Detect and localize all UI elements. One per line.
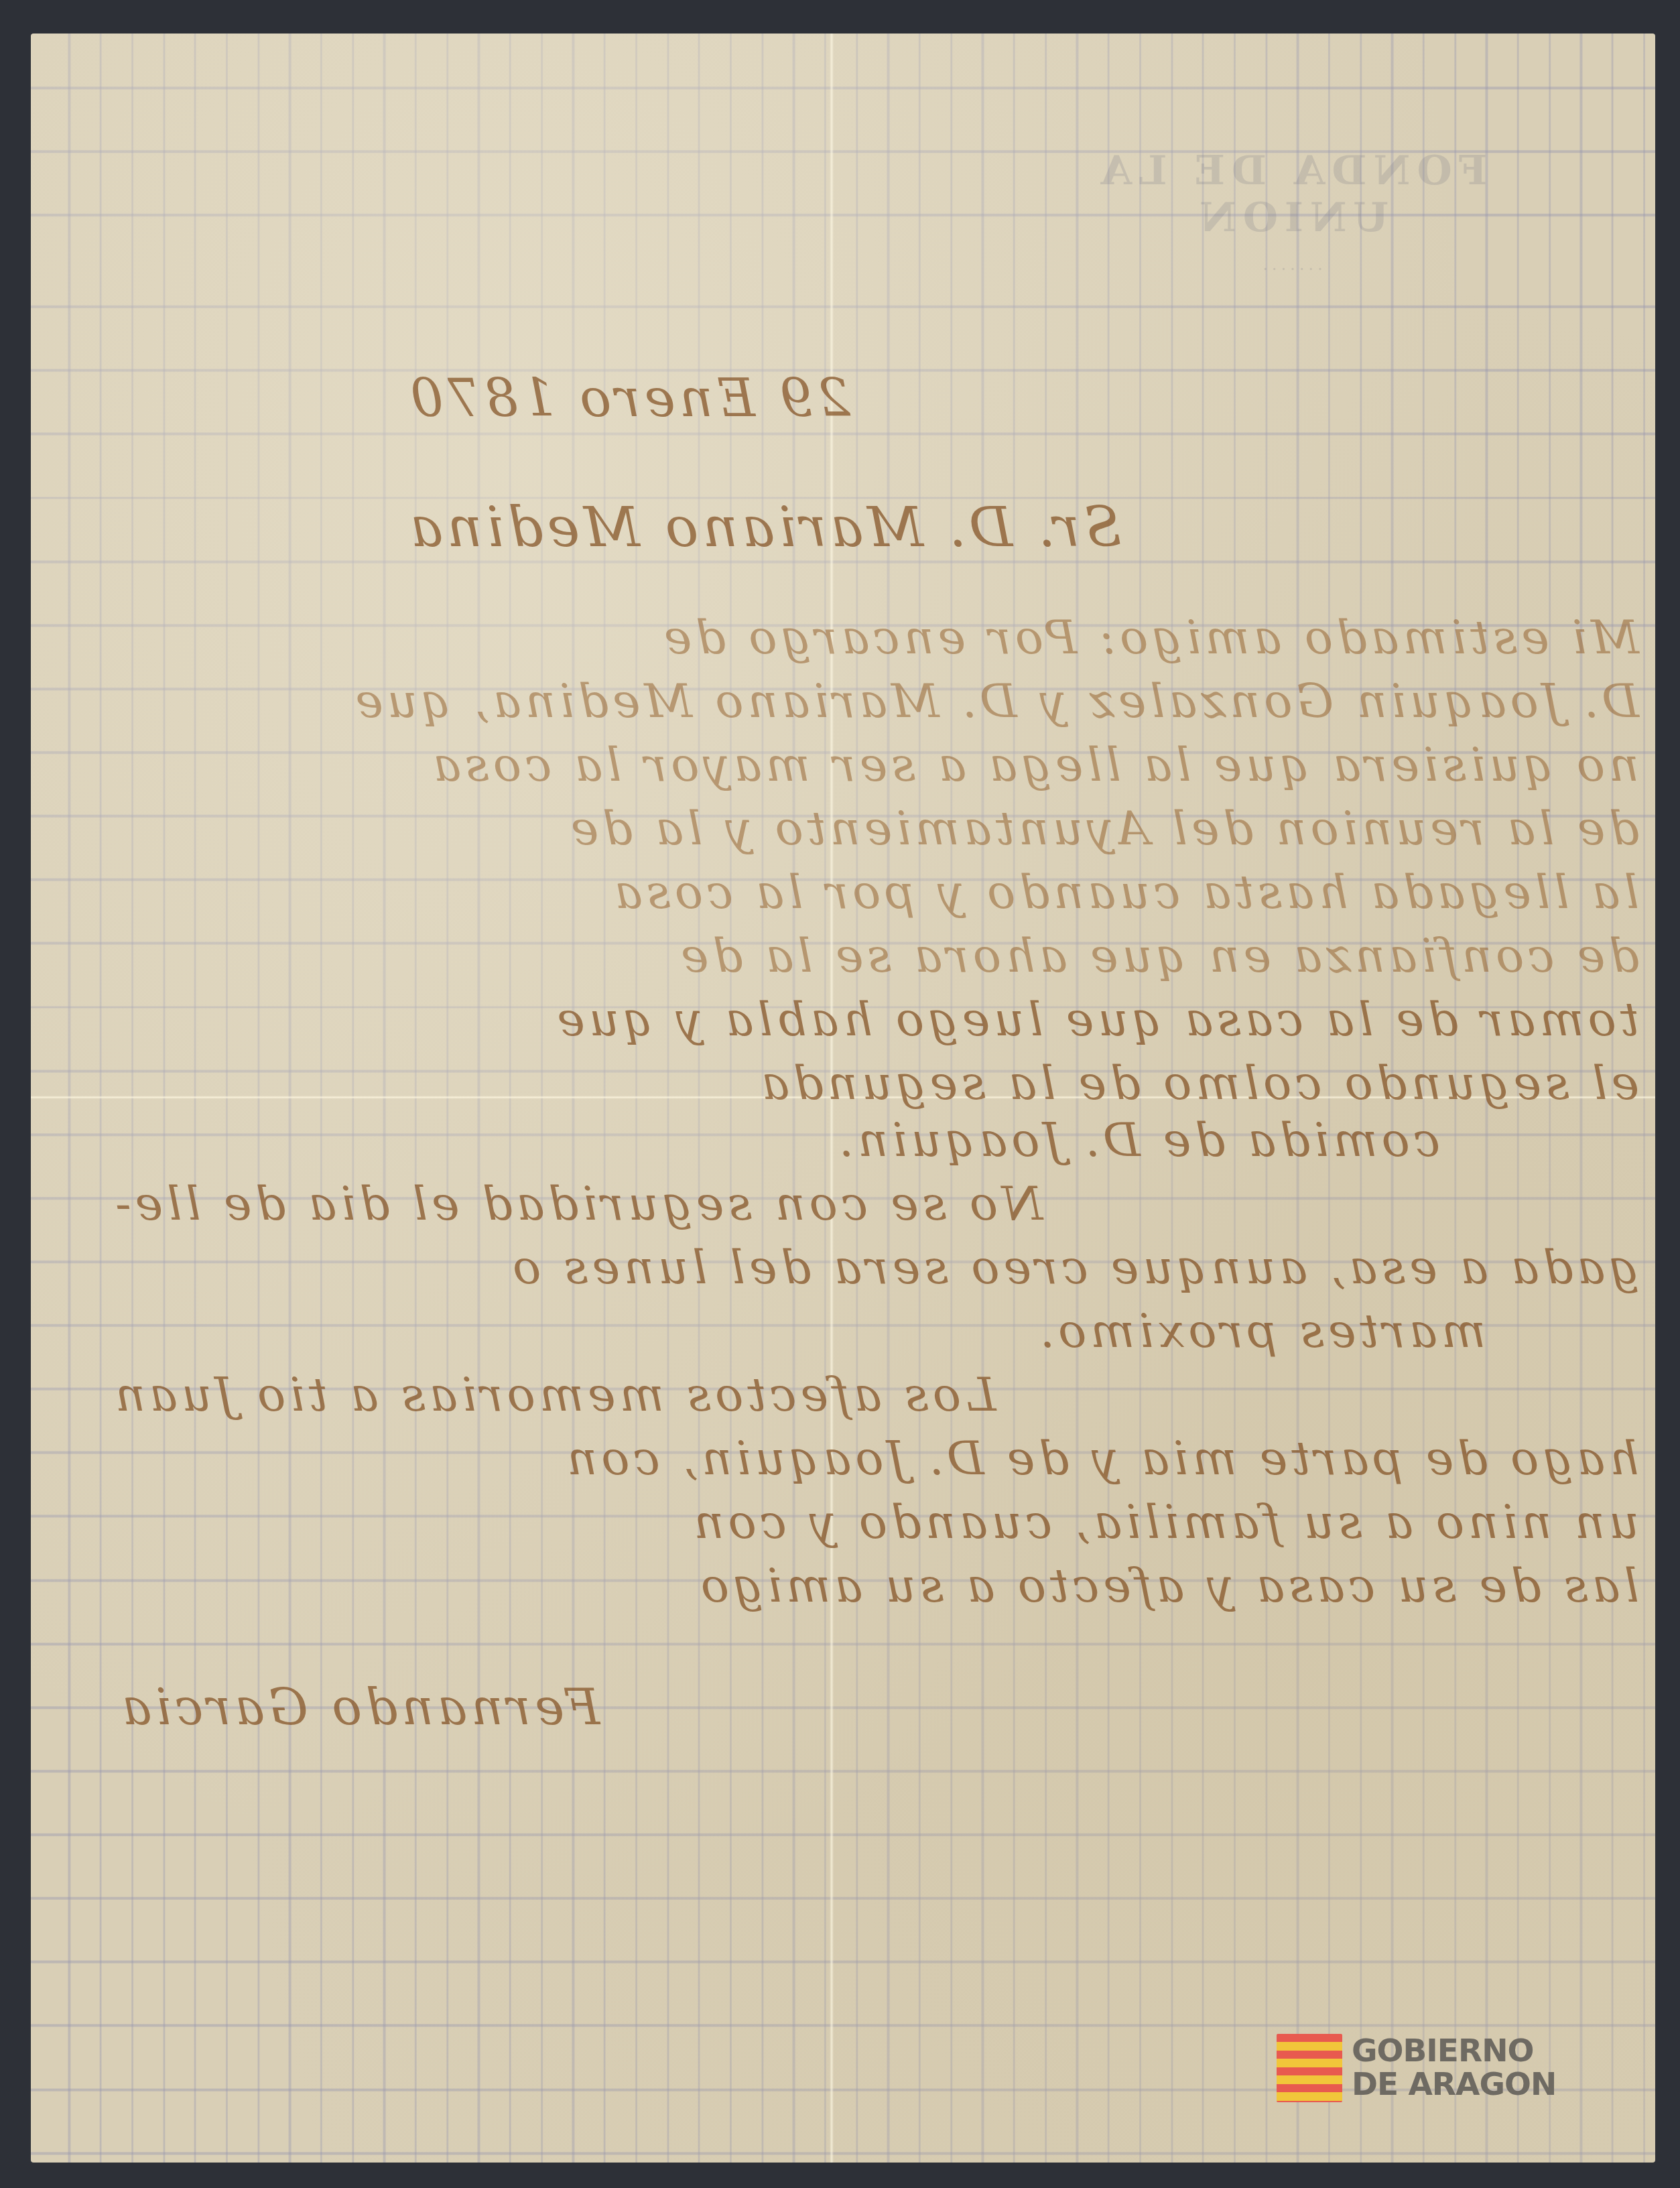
gobierno-de-aragon-watermark: GOBIERNO DE ARAGON — [1277, 2034, 1556, 2102]
letterhead-subtitle: ······· — [1036, 260, 1545, 279]
aragon-flag-icon — [1277, 2034, 1342, 2102]
letterhead-title: FONDA DE LA UNION — [1036, 147, 1545, 241]
body-line: hago de parte mia y de D. Joaquin, con — [78, 1431, 1639, 1486]
body-line: No se con seguridad el dia de lle- — [111, 1176, 1043, 1231]
body-line: tomar de la casa que luego habla y que — [78, 992, 1639, 1047]
body-line: las de su casa y afecto a su amigo — [78, 1558, 1639, 1613]
body-line: no quisiera que la llega a ser mayor la … — [78, 737, 1639, 792]
date-line: 29 Enero 1870 — [406, 369, 850, 429]
salutation: Sr. D. Mariano Medina — [406, 496, 1122, 560]
body-line: comida de D. Joaquin. — [835, 1112, 1440, 1167]
letterhead-bleedthrough: FONDA DE LA UNION ······· — [1036, 147, 1545, 279]
body-line: D. Joaquin Gonzalez y D. Mariano Medina,… — [78, 673, 1639, 728]
letter-page: FONDA DE LA UNION ······· 29 Enero 1870 … — [31, 34, 1655, 2163]
body-line: Los afectos memorias a tio Juan — [111, 1367, 996, 1422]
body-line: gada a esa, aunque creo sera del lunes o — [78, 1240, 1639, 1295]
body-line: martes proximo. — [1036, 1303, 1486, 1358]
watermark-line-2: DE ARAGON — [1352, 2068, 1556, 2102]
body-line: la llegada hasta cuando y por la cosa — [78, 864, 1639, 919]
body-line: de la reunion del Ayuntamiento y la de — [78, 801, 1639, 856]
watermark-text: GOBIERNO DE ARAGON — [1352, 2035, 1556, 2102]
body-line: el segundo colmo de la segunda — [78, 1055, 1639, 1110]
body-line: un nino a su familia, cuando y con — [78, 1494, 1639, 1549]
body-line: Mi estimado amigo: Por encargo de — [78, 610, 1639, 665]
signature: Fernando Garcia — [118, 1679, 600, 1736]
body-line: de confianza en que ahora se la de — [78, 928, 1639, 983]
watermark-line-1: GOBIERNO — [1352, 2035, 1556, 2068]
